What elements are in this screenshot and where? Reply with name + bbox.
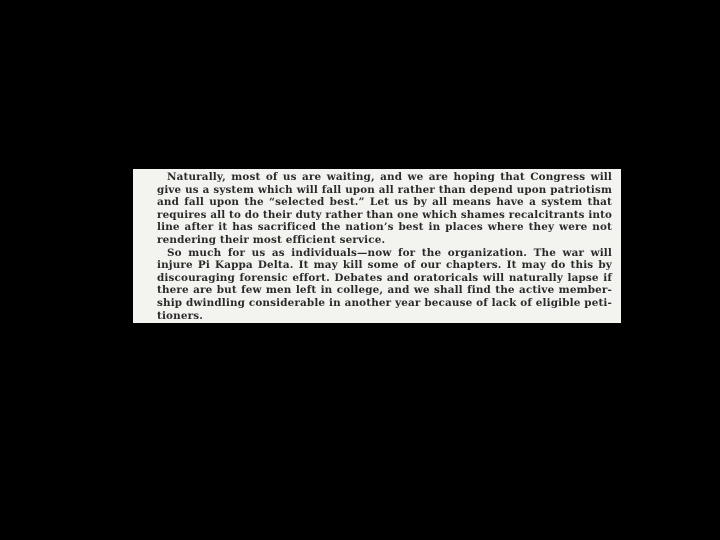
text-line: give us a system which will fall upon al… (147, 184, 612, 197)
text-line: So much for us as individuals—now for th… (147, 247, 612, 260)
paragraph-1: Naturally, most of us are waiting, and w… (147, 171, 612, 247)
text-line: Naturally, most of us are waiting, and w… (147, 171, 612, 184)
text-line: line after it has sacrificed the nation’… (147, 221, 612, 234)
text-line: there are but few men left in college, a… (147, 284, 612, 297)
text-line: and fall upon the “selected best.” Let u… (147, 196, 612, 209)
text-line: injure Pi Kappa Delta. It may kill some … (147, 259, 612, 272)
text-line: ship dwindling considerable in another y… (147, 297, 612, 310)
document-page: Naturally, most of us are waiting, and w… (133, 169, 621, 323)
text-line: tioners. (147, 310, 612, 323)
paragraph-2: So much for us as individuals—now for th… (147, 247, 612, 323)
text-line: discouraging forensic effort. Debates an… (147, 272, 612, 285)
text-line: requires all to do their duty rather tha… (147, 209, 612, 222)
text-line: rendering their most efficient service. (147, 234, 612, 247)
